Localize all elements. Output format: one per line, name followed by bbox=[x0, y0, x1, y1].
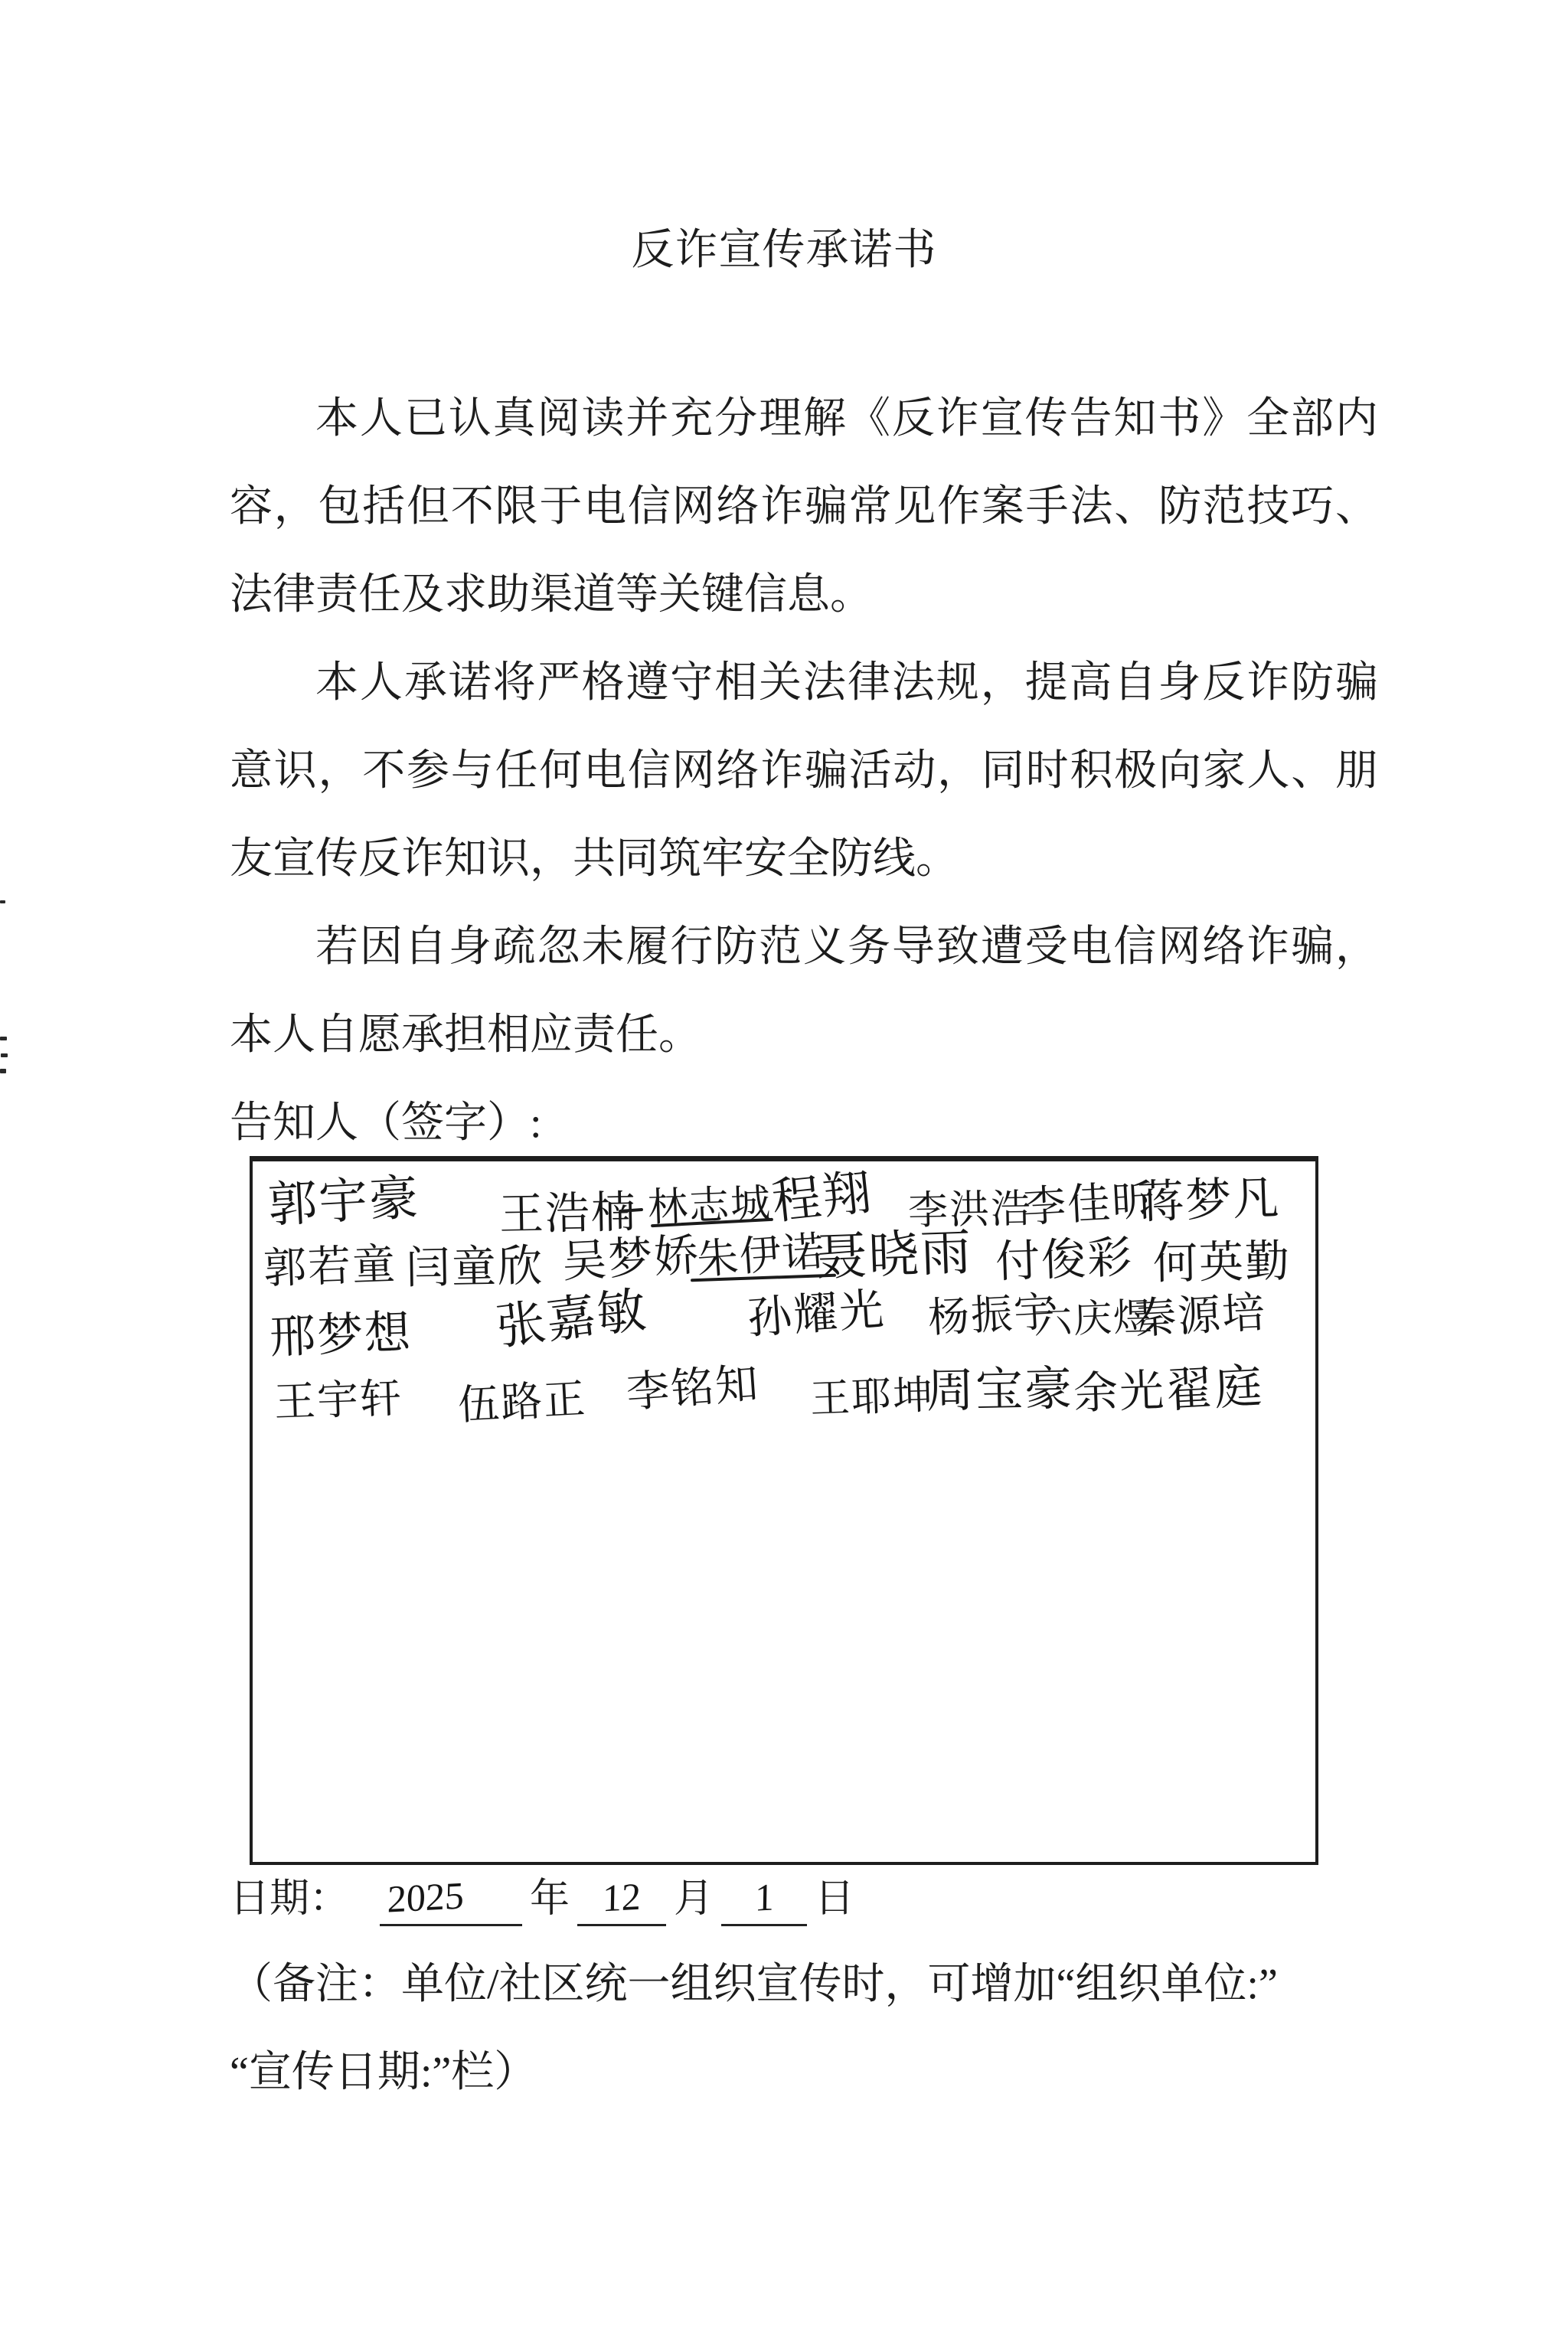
signature-name: 伍路正 bbox=[456, 1366, 588, 1432]
day-unit: 日 bbox=[815, 1877, 854, 1921]
document-body: 本人已认真阅读并充分理解《反诈宣传告知书》全部内容，包括但不限于电信网络诈骗常见… bbox=[230, 375, 1378, 1168]
signature-name: 王宇轩 bbox=[273, 1365, 404, 1429]
signature-name: 邢梦想 bbox=[268, 1296, 413, 1367]
signature-name: 蒋梦凡 bbox=[1136, 1161, 1281, 1232]
date-line: 日期：2025年12月1日 bbox=[230, 1873, 854, 1926]
scan-artifact bbox=[0, 900, 5, 903]
signature-name: 郭若童 bbox=[263, 1230, 398, 1296]
handwritten-day: 1 bbox=[754, 1874, 774, 1919]
paragraph-responsibility: 若因自身疏忽未履行防范义务导致遭受电信网络诈骗，本人自愿承担相应责任。 bbox=[230, 903, 1378, 1079]
paragraph-commitment: 本人承诺将严格遵守相关法律法规，提高自身反诈防骗意识，不参与任何电信网络诈骗活动… bbox=[230, 639, 1378, 903]
month-unit: 月 bbox=[674, 1877, 714, 1921]
document-title: 反诈宣传承诺书 bbox=[0, 224, 1568, 277]
scan-artifact bbox=[0, 1037, 7, 1040]
signature-name: 李铭知 bbox=[624, 1350, 761, 1420]
date-label: 日期： bbox=[230, 1877, 349, 1921]
signature-box: 郭宇豪 王浩楠 林志城 程翔 李洪浩 李佳昕 蒋梦凡 郭若童 闫童欣 吴梦娇 朱… bbox=[250, 1156, 1318, 1865]
signature-name: 郭宇豪 bbox=[266, 1158, 422, 1236]
signature-name: 秦源培 bbox=[1132, 1279, 1268, 1347]
date-day-field: 1 bbox=[721, 1876, 807, 1926]
signature-name: 孙耀光 bbox=[745, 1273, 887, 1347]
signature-section-label: 告知人（签字）: bbox=[230, 1079, 1378, 1168]
signature-name: 余光 bbox=[1073, 1354, 1167, 1422]
handwritten-month: 12 bbox=[602, 1874, 641, 1921]
scan-artifact bbox=[0, 1069, 6, 1073]
footer-remark: （备注：单位/社区统一组织宣传时，可增加“组织单位:” “宣传日期:”栏） bbox=[230, 1941, 1393, 2117]
year-unit: 年 bbox=[530, 1877, 570, 1921]
signature-name: 周宝豪 bbox=[926, 1350, 1074, 1421]
scanned-document-page: 反诈宣传承诺书 本人已认真阅读并充分理解《反诈宣传告知书》全部内容，包括但不限于… bbox=[0, 0, 1568, 2345]
signature-name: 翟庭 bbox=[1164, 1347, 1265, 1421]
paragraph-read-confirmation: 本人已认真阅读并充分理解《反诈宣传告知书》全部内容，包括但不限于电信网络诈骗常见… bbox=[230, 375, 1378, 639]
date-year-field: 2025 bbox=[380, 1876, 522, 1926]
signature-name: 王耶坤 bbox=[809, 1362, 936, 1424]
scan-artifact bbox=[1, 1053, 8, 1057]
date-month-field: 12 bbox=[577, 1876, 666, 1926]
signature-name: 付俊彩 bbox=[995, 1221, 1135, 1290]
handwritten-year: 2025 bbox=[387, 1873, 464, 1921]
